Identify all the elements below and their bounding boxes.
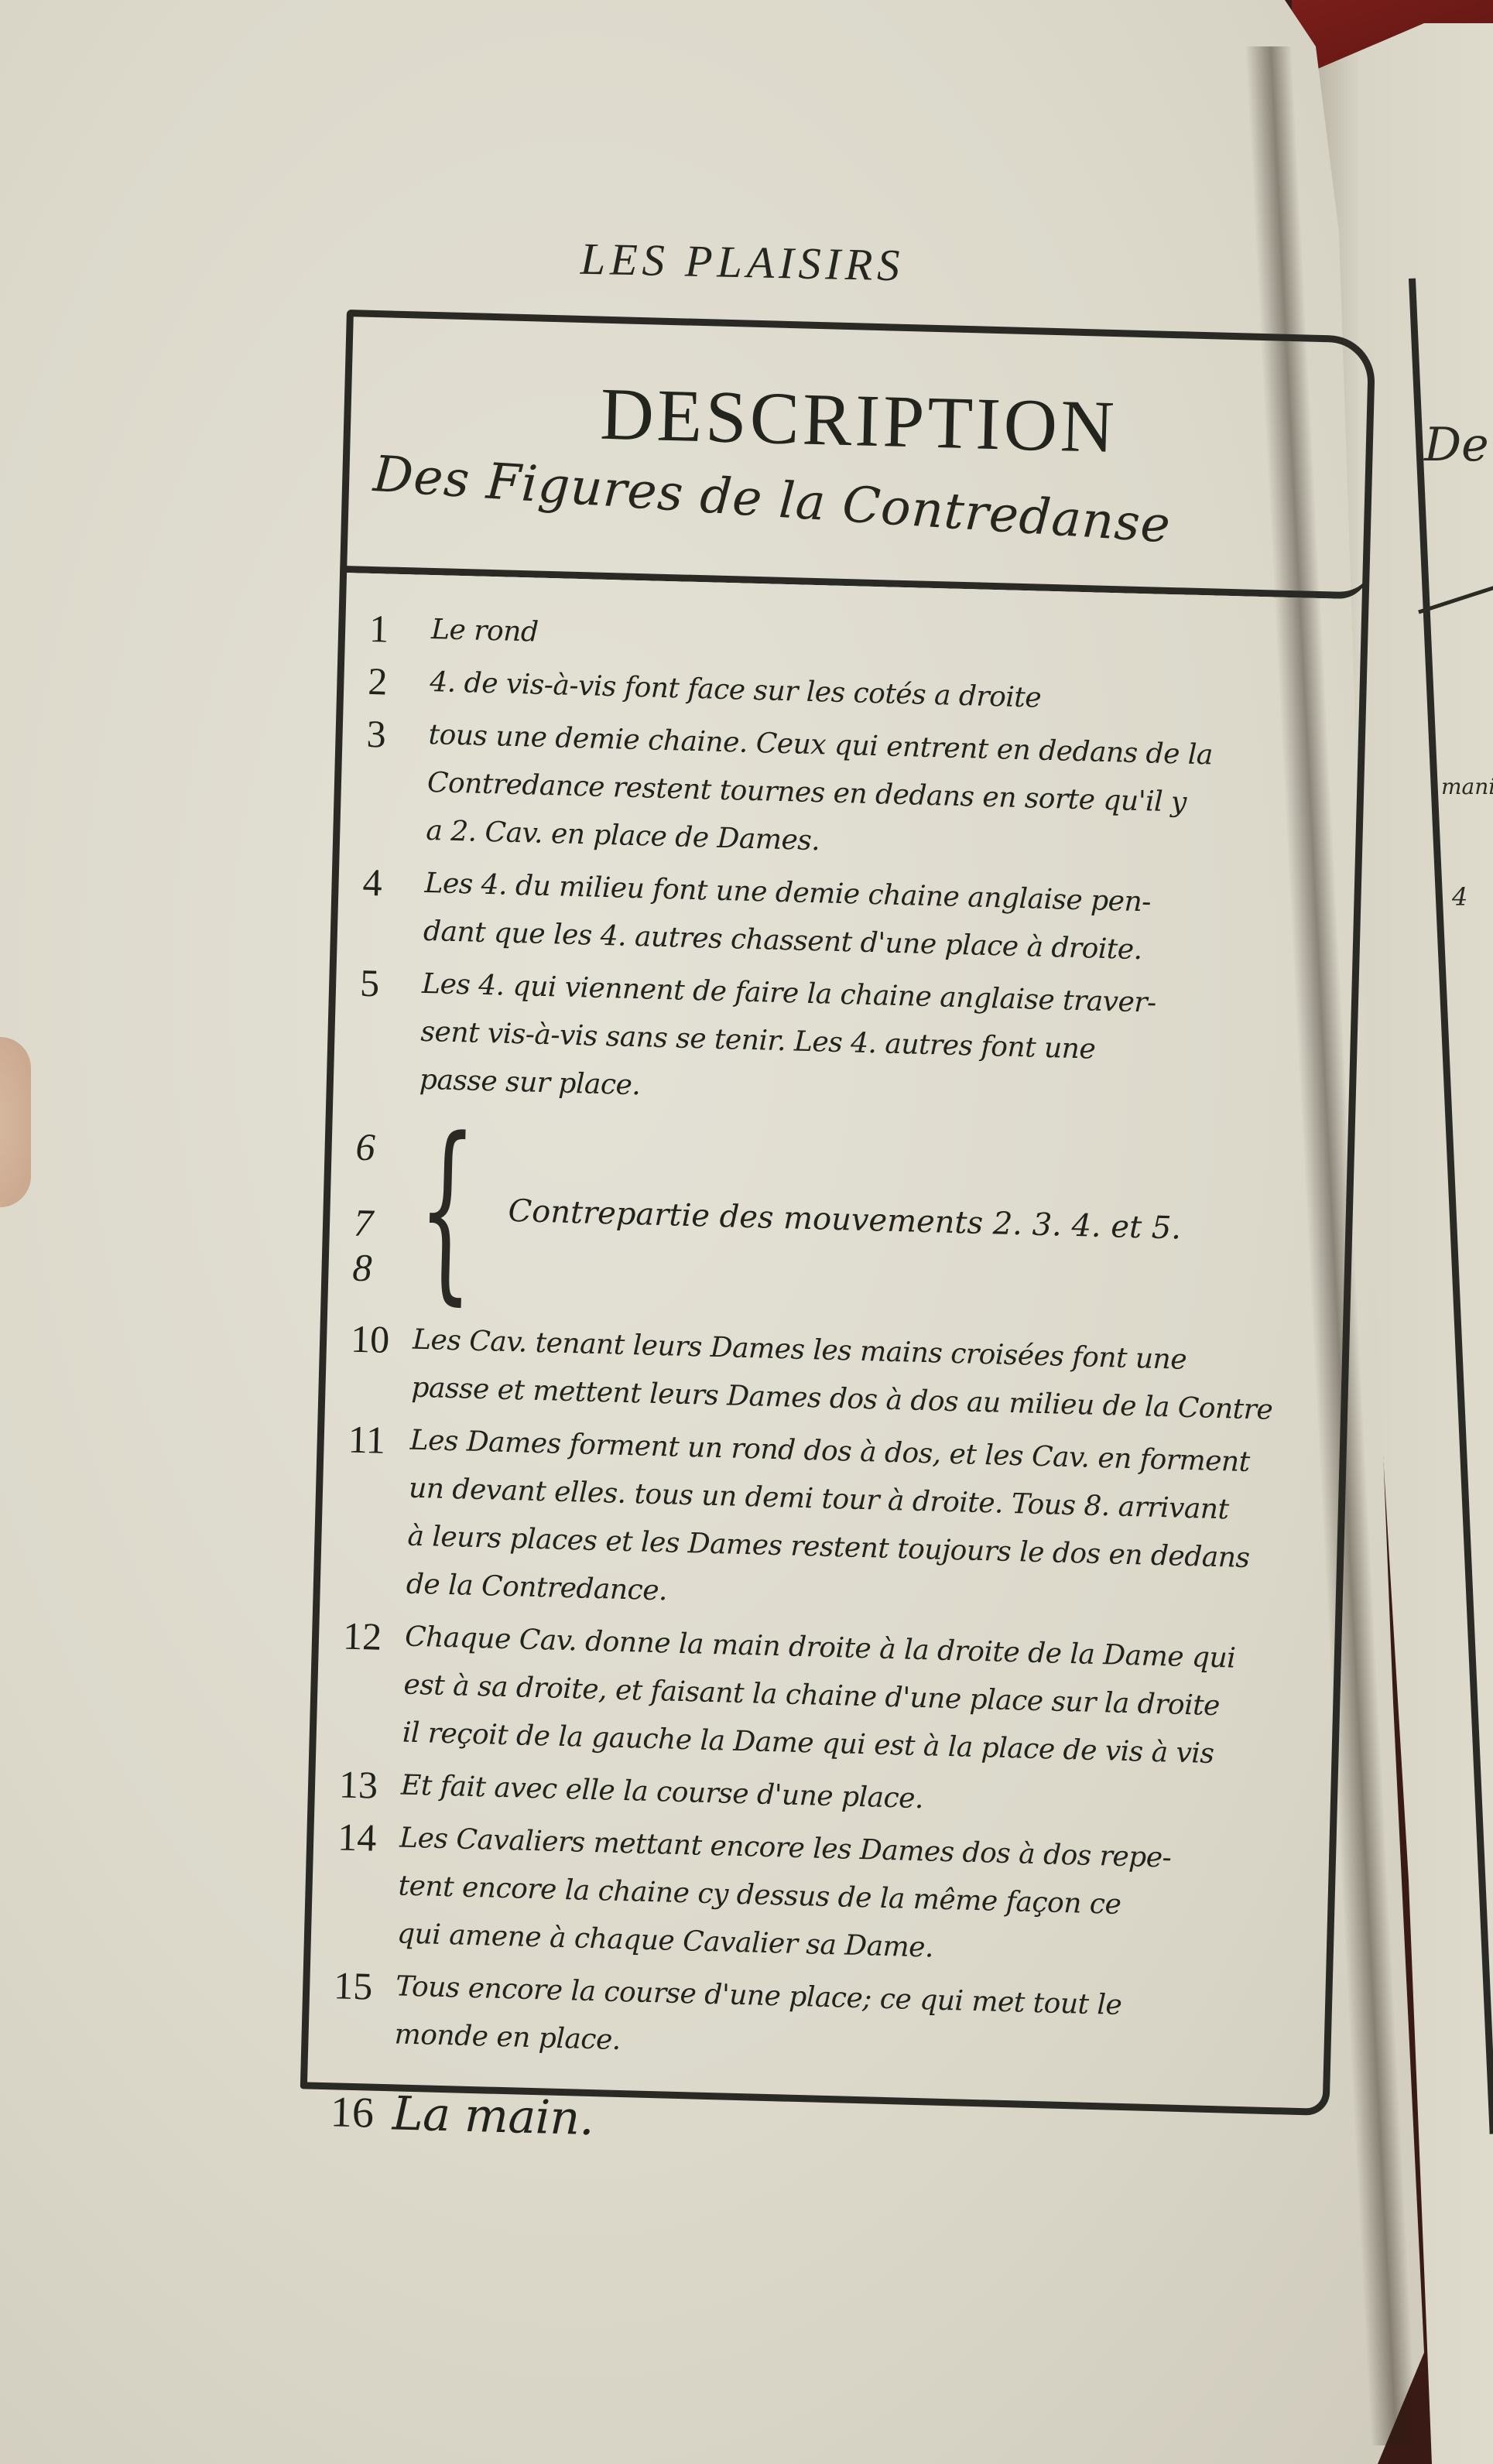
facing-page-title-fragment: De <box>1424 418 1489 472</box>
grouped-entry: 6 7 8 { Contrepartie des mouvements 2. 3… <box>351 1111 1331 1330</box>
entry-number: 8 <box>352 1245 392 1291</box>
photo-scene: De 16 mani 4 LES PLAISIRS DESCRIPTION De… <box>0 0 1493 2464</box>
list-item: 4 Les 4. du milieu font une demie chaine… <box>361 858 1338 980</box>
grouped-entry-numbers: 6 7 8 <box>352 1124 396 1291</box>
entry-number: 15 <box>334 1961 397 2011</box>
facing-page-label: 4 <box>1452 882 1467 912</box>
entry-number: 10 <box>350 1315 413 1364</box>
entry-text: tous une demie chaine. Ceux qui entrent … <box>426 711 1342 879</box>
entry-text: Les 4. qui viennent de faire la chaine a… <box>419 960 1335 1128</box>
title-box: DESCRIPTION Des Figures de la Contredans… <box>340 310 1375 600</box>
entry-number: 13 <box>338 1760 402 1809</box>
grouped-entry-text: Contrepartie des mouvements 2. 3. 4. et … <box>508 1193 1182 1247</box>
list-item: 10 Les Cav. tenant leurs Dames les mains… <box>349 1315 1327 1436</box>
list-item: 15 Tous encore la course d'une place; ce… <box>332 1961 1310 2082</box>
list-item: 5 Les 4. qui viennent de faire la chaine… <box>357 959 1335 1128</box>
entry-number: 2 <box>368 657 431 707</box>
entry-text: Tous encore la course d'une place; ce qu… <box>394 1963 1310 2082</box>
figure-list: 1 Le rond 2 4. de vis-à-vis font face su… <box>330 604 1345 2166</box>
facing-page-label: mani <box>1441 774 1493 799</box>
entry-number: 11 <box>348 1415 411 1465</box>
entry-text: Les Cavaliers mettant encore les Dames d… <box>396 1814 1313 1982</box>
entry-number: 6 <box>355 1124 396 1170</box>
list-item: 11 Les Dames forment un rond dos à dos, … <box>344 1415 1323 1633</box>
entry-number: 1 <box>368 604 432 654</box>
running-head: LES PLAISIRS <box>580 233 905 292</box>
entry-number: 3 <box>366 710 430 759</box>
entry-number: 4 <box>362 858 426 908</box>
entry-number: 12 <box>342 1611 406 1661</box>
list-item: 12 Chaque Cav. donne la main droite à la… <box>340 1611 1318 1781</box>
curly-brace-icon: { <box>416 1112 477 1307</box>
list-item: 3 tous une demie chaine. Ceux qui entren… <box>364 710 1342 879</box>
engraved-plate: DESCRIPTION Des Figures de la Contredans… <box>300 310 1376 2116</box>
entry-number: 7 <box>353 1200 393 1246</box>
list-item: 14 Les Cavaliers mettant encore les Dame… <box>334 1812 1313 1982</box>
entry-number: 14 <box>337 1812 401 1862</box>
entry-number: 5 <box>359 959 423 1008</box>
entry-text: Les Dames forment un rond dos à dos, et … <box>406 1417 1323 1633</box>
entry-text: Les Cav. tenant leurs Dames les mains cr… <box>411 1316 1327 1436</box>
entry-text: Les 4. du milieu font une demie chaine a… <box>423 860 1338 980</box>
entry-number: 16 <box>330 2088 393 2137</box>
thumb <box>0 1037 31 1207</box>
entry-text: Chaque Cav. donne la main droite à la dr… <box>402 1614 1318 1781</box>
